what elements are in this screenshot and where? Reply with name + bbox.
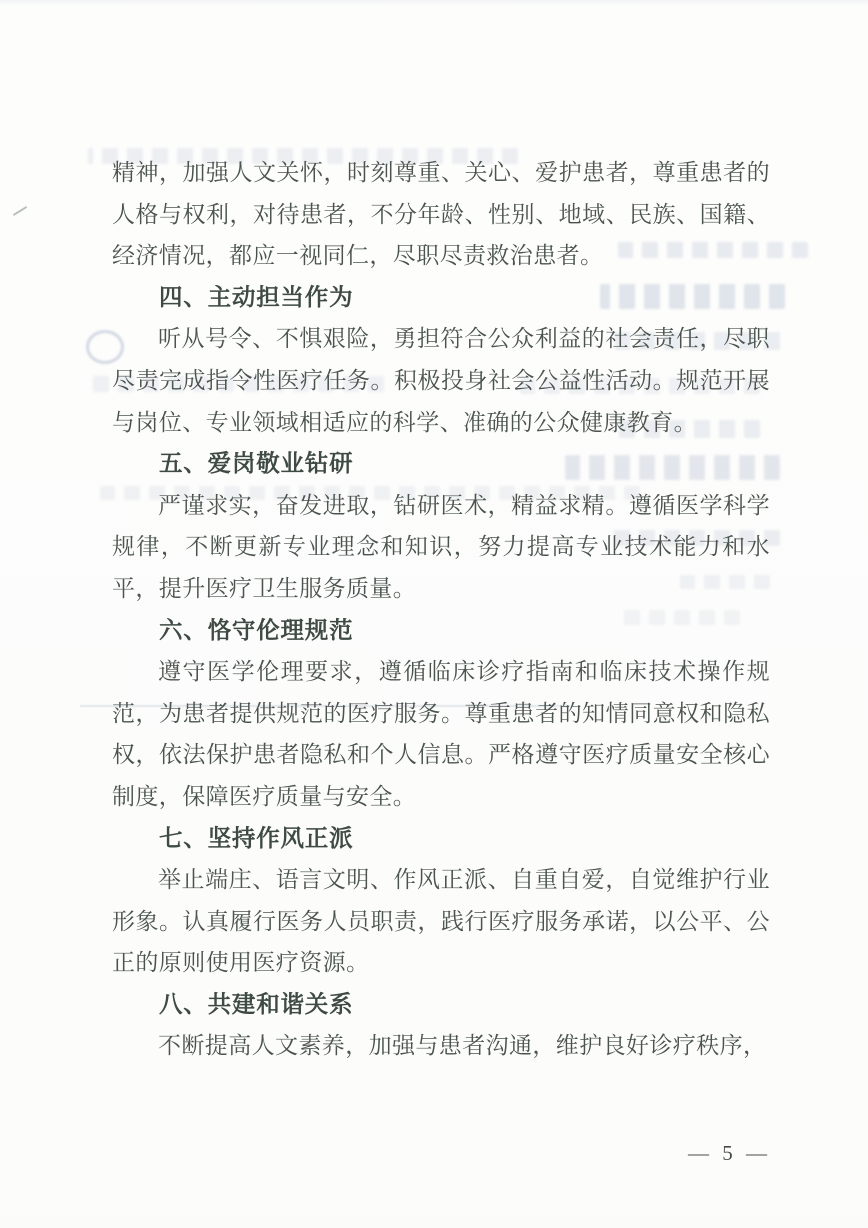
section-heading-6: 六、恪守伦理规范 [112, 610, 770, 652]
page-number: — 5 — [688, 1141, 798, 1166]
document-body: 精神，加强人文关怀，时刻尊重、关心、爱护患者，尊重患者的人格与权利，对待患者，不… [112, 152, 770, 1067]
scanned-document-page: 精神，加强人文关怀，时刻尊重、关心、爱护患者，尊重患者的人格与权利，对待患者，不… [0, 0, 868, 1228]
body-paragraph: 听从号令、不惧艰险，勇担符合公众利益的社会责任，尽职尽责完成指令性医疗任务。积极… [112, 318, 770, 443]
body-paragraph: 不断提高人文素养，加强与患者沟通，维护良好诊疗秩序， [112, 1025, 770, 1067]
body-paragraph: 严谨求实，奋发进取，钻研医术，精益求精。遵循医学科学规律，不断更新专业理念和知识… [112, 485, 770, 610]
section-heading-7: 七、坚持作风正派 [112, 818, 770, 860]
section-heading-8: 八、共建和谐关系 [112, 984, 770, 1026]
stray-pen-mark [13, 206, 28, 216]
section-heading-5: 五、爱岗敬业钻研 [112, 443, 770, 485]
body-paragraph: 举止端庄、语言文明、作风正派、自重自爱，自觉维护行业形象。认真履行医务人员职责，… [112, 859, 770, 984]
section-heading-4: 四、主动担当作为 [112, 277, 770, 319]
body-paragraph-continuation: 精神，加强人文关怀，时刻尊重、关心、爱护患者，尊重患者的人格与权利，对待患者，不… [112, 152, 770, 277]
body-paragraph: 遵守医学伦理要求，遵循临床诊疗指南和临床技术操作规范，为患者提供规范的医疗服务。… [112, 651, 770, 817]
